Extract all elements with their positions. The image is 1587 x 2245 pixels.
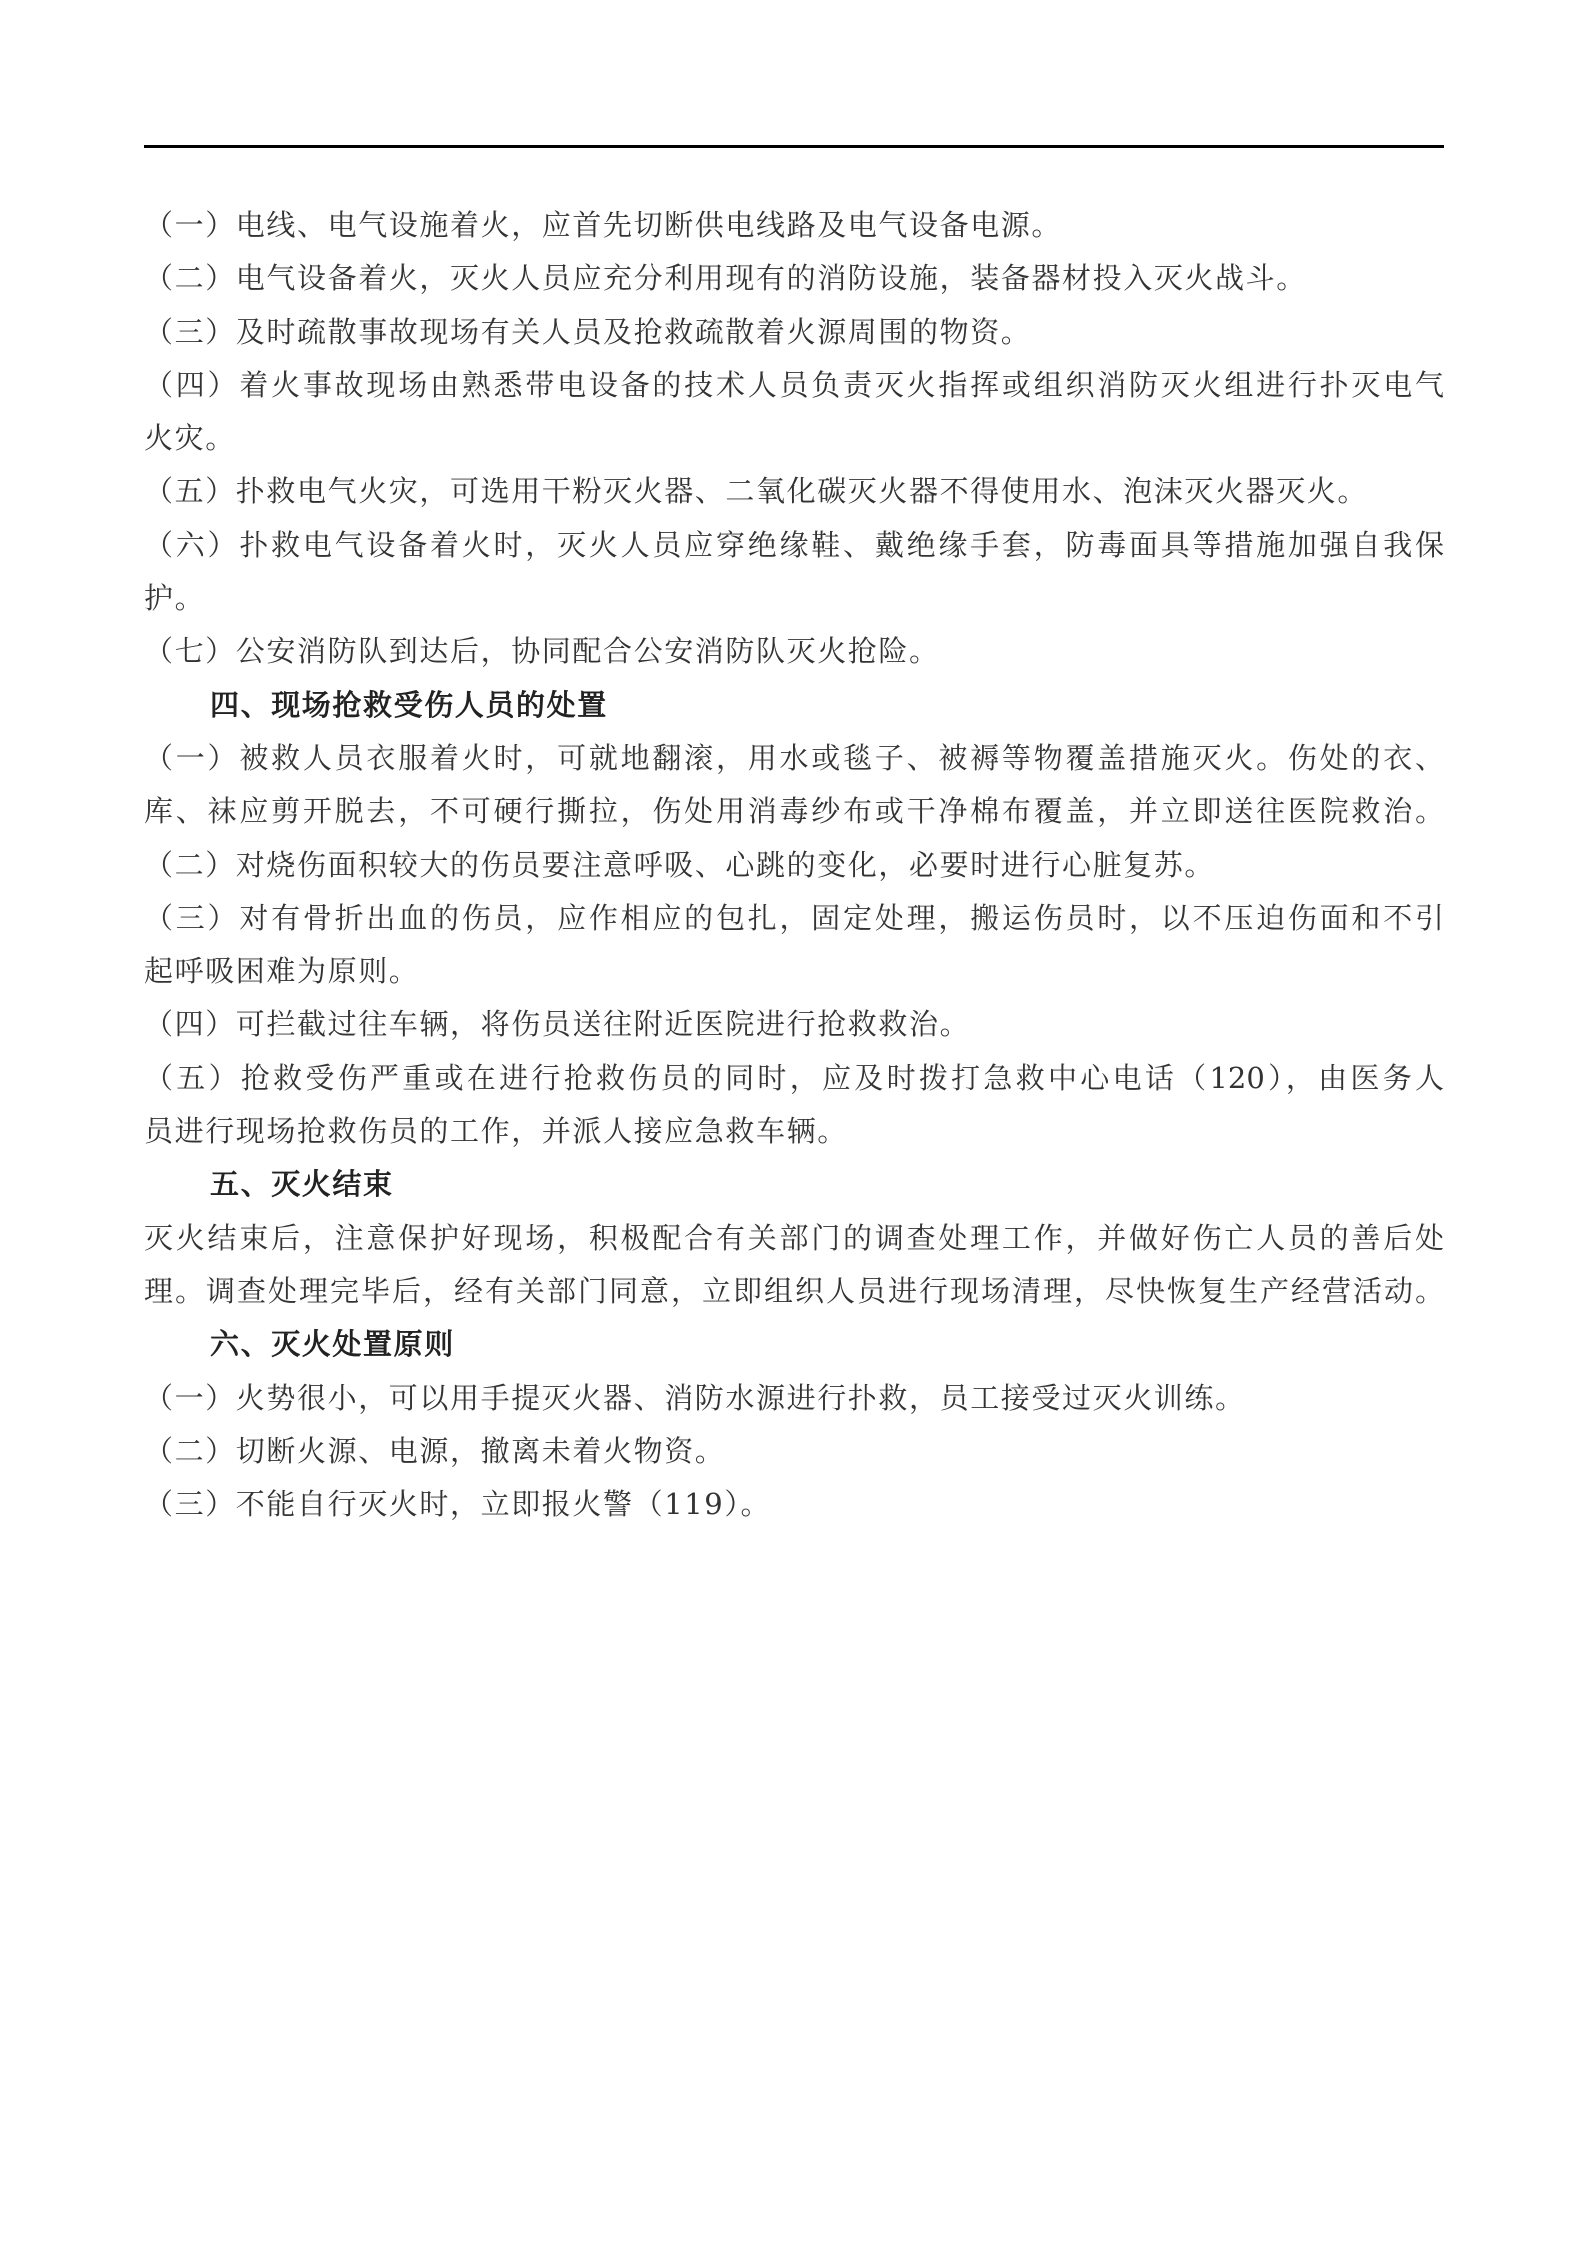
section-heading: 五、灭火结束 [144,1158,1444,1211]
paragraph-line: 灭火结束后，注意保护好现场，积极配合有关部门的调查处理工作，并做好伤亡人员的善后… [144,1212,1444,1265]
paragraph-line: （一）电线、电气设施着火，应首先切断供电线路及电气设备电源。 [144,199,1444,252]
paragraph-line: 库、袜应剪开脱去，不可硬行撕拉，伤处用消毒纱布或干净棉布覆盖，并立即送往医院救治… [144,785,1444,838]
paragraph-line: （五）抢救受伤严重或在进行抢救伤员的同时，应及时拨打急救中心电话（120），由医… [144,1052,1444,1105]
paragraph-line: （一）被救人员衣服着火时，可就地翻滚，用水或毯子、被褥等物覆盖措施灭火。伤处的衣… [144,732,1444,785]
paragraph-line: （四）可拦截过往车辆，将伤员送往附近医院进行抢救救治。 [144,998,1444,1051]
section-heading: 四、现场抢救受伤人员的处置 [144,679,1444,732]
section-injured-rescue: 四、现场抢救受伤人员的处置 （一）被救人员衣服着火时，可就地翻滚，用水或毯子、被… [144,679,1444,1159]
paragraph-line: 起呼吸困难为原则。 [144,945,1444,998]
paragraph-line: （三）不能自行灭火时，立即报火警（119）。 [144,1478,1444,1531]
document-body: （一）电线、电气设施着火，应首先切断供电线路及电气设备电源。 （二）电气设备着火… [144,199,1444,1531]
paragraph-line: （四）着火事故现场由熟悉带电设备的技术人员负责灭火指挥或组织消防灭火组进行扑灭电… [144,359,1444,412]
paragraph-line: （二）电气设备着火，灭火人员应充分利用现有的消防设施，装备器材投入灭火战斗。 [144,252,1444,305]
paragraph-line: （三）对有骨折出血的伤员，应作相应的包扎，固定处理，搬运伤员时，以不压迫伤面和不… [144,892,1444,945]
paragraph-line: （五）扑救电气火灾，可选用干粉灭火器、二氧化碳灭火器不得使用水、泡沫灭火器灭火。 [144,465,1444,518]
paragraph-line: 员进行现场抢救伤员的工作，并派人接应急救车辆。 [144,1105,1444,1158]
paragraph-line: 护。 [144,572,1444,625]
paragraph-line: 理。调查处理完毕后，经有关部门同意，立即组织人员进行现场清理，尽快恢复生产经营活… [144,1265,1444,1318]
paragraph-line: （二）切断火源、电源，撤离未着火物资。 [144,1425,1444,1478]
paragraph-line: （一）火势很小，可以用手提灭火器、消防水源进行扑救，员工接受过灭火训练。 [144,1372,1444,1425]
section-heading: 六、灭火处置原则 [144,1318,1444,1371]
paragraph-line: （二）对烧伤面积较大的伤员要注意呼吸、心跳的变化，必要时进行心脏复苏。 [144,839,1444,892]
paragraph-line: （六）扑救电气设备着火时，灭火人员应穿绝缘鞋、戴绝缘手套，防毒面具等措施加强自我… [144,519,1444,572]
header-rule [144,145,1444,148]
paragraph-line: （三）及时疏散事故现场有关人员及抢救疏散着火源周围的物资。 [144,306,1444,359]
section-principles: 六、灭火处置原则 （一）火势很小，可以用手提灭火器、消防水源进行扑救，员工接受过… [144,1318,1444,1531]
paragraph-line: （七）公安消防队到达后，协同配合公安消防队灭火抢险。 [144,625,1444,678]
section-fire-end: 五、灭火结束 灭火结束后，注意保护好现场，积极配合有关部门的调查处理工作，并做好… [144,1158,1444,1318]
paragraph-line: 火灾。 [144,412,1444,465]
section-electrical-fire: （一）电线、电气设施着火，应首先切断供电线路及电气设备电源。 （二）电气设备着火… [144,199,1444,679]
